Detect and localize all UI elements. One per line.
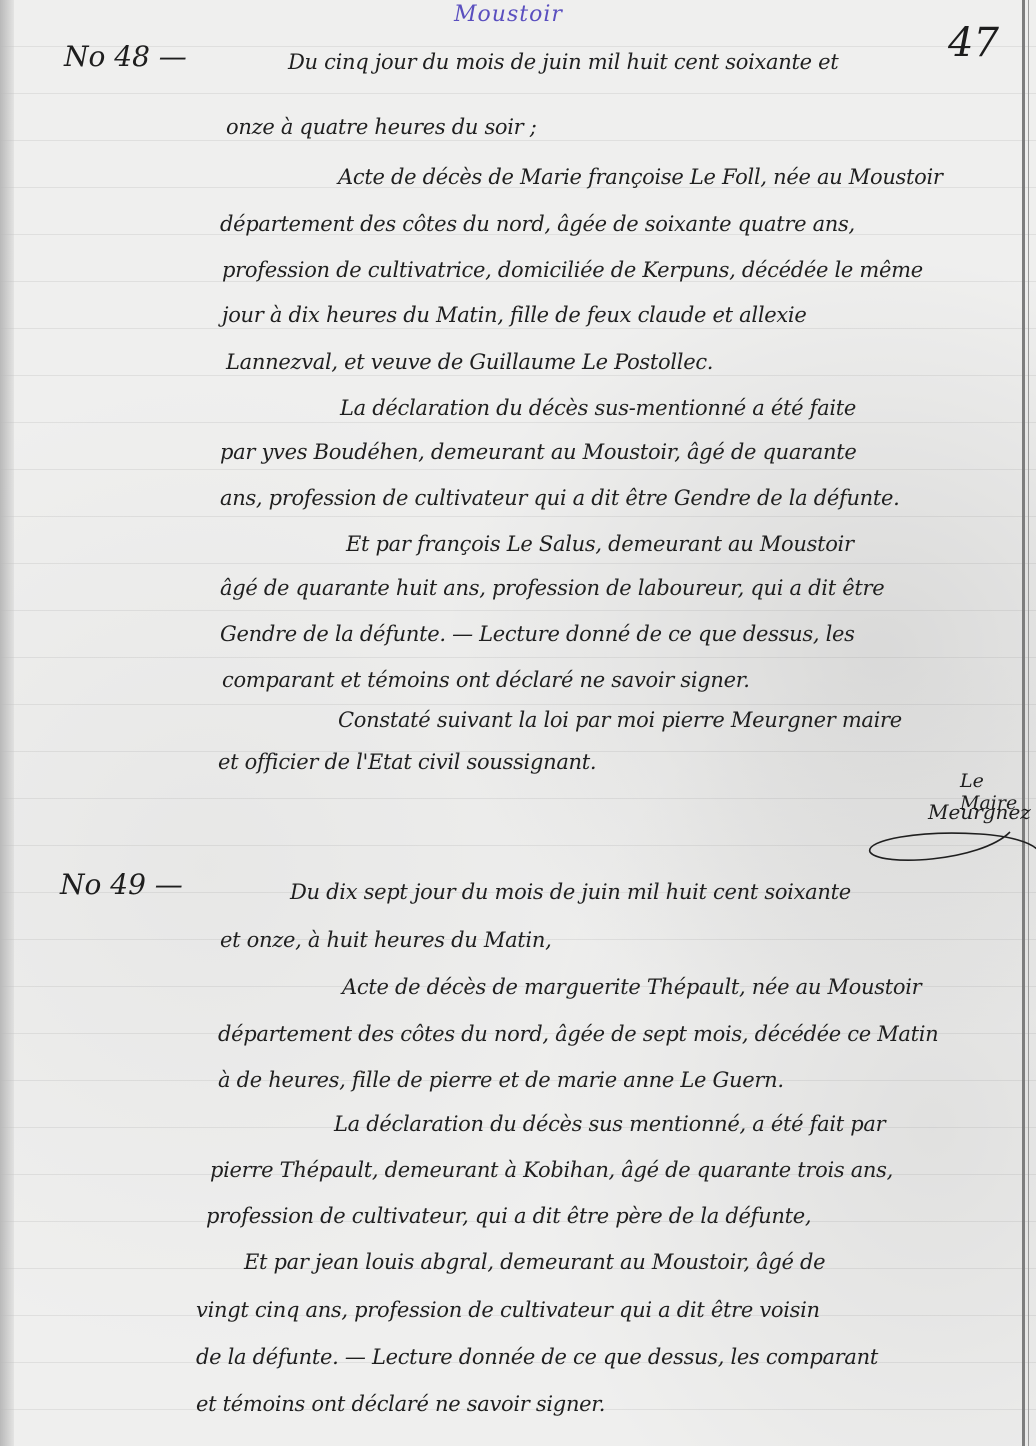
entry-48-line: Du cinq jour du mois de juin mil huit ce… — [288, 50, 838, 74]
entry-48-line: onze à quatre heures du soir ; — [226, 115, 537, 139]
entry-49-line: Et par jean louis abgral, demeurant au M… — [244, 1250, 825, 1274]
entry-48-line: Lannezval, et veuve de Guillaume Le Post… — [226, 350, 713, 374]
entry-48-line: jour à dix heures du Matin, fille de feu… — [222, 303, 806, 327]
entry-49-line: à de heures, fille de pierre et de marie… — [218, 1068, 784, 1092]
signature-flourish-icon — [860, 822, 1036, 872]
entry-49-line: de la défunte. — Lecture donnée de ce qu… — [196, 1345, 878, 1369]
entry-49-line: vingt cinq ans, profession de cultivateu… — [196, 1298, 820, 1322]
register-page: Moustoir 47 No 48 — Du cinq jour du mois… — [0, 0, 1036, 1446]
entry-48-line: comparant et témoins ont déclaré ne savo… — [222, 668, 750, 692]
entry-number-48: No 48 — — [64, 40, 187, 73]
entry-49-line: Acte de décès de marguerite Thépault, né… — [342, 975, 921, 999]
entry-48-line: et officier de l'Etat civil soussignant. — [218, 750, 596, 774]
entry-48-line: âgé de quarante huit ans, profession de … — [220, 576, 884, 600]
entry-number-49: No 49 — — [60, 868, 183, 901]
entry-48-line: Et par françois Le Salus, demeurant au M… — [346, 532, 854, 556]
page-binding-edge — [0, 0, 14, 1446]
page-number: 47 — [948, 20, 999, 66]
entry-49-line: Du dix sept jour du mois de juin mil hui… — [290, 880, 851, 904]
margin-rule — [1022, 0, 1025, 1446]
commune-annotation: Moustoir — [454, 2, 563, 27]
entry-49-line: et onze, à huit heures du Matin, — [220, 928, 551, 952]
entry-48-line: département des côtes du nord, âgée de s… — [220, 212, 855, 236]
mayor-signature: Meurgnez — [928, 800, 1031, 824]
entry-49-line: pierre Thépault, demeurant à Kobihan, âg… — [210, 1158, 893, 1182]
entry-48-line: ans, profession de cultivateur qui a dit… — [220, 486, 900, 510]
entry-48-line: Gendre de la défunte. — Lecture donné de… — [220, 622, 855, 646]
entry-48-line: Acte de décès de Marie françoise Le Foll… — [338, 165, 943, 189]
entry-48-line: La déclaration du décès sus-mentionné a … — [340, 396, 856, 420]
entry-49-line: et témoins ont déclaré ne savoir signer. — [196, 1392, 605, 1416]
entry-48-line: par yves Boudéhen, demeurant au Moustoir… — [220, 440, 857, 464]
entry-49-line: La déclaration du décès sus mentionné, a… — [334, 1112, 885, 1136]
margin-rule-secondary — [1028, 0, 1029, 1446]
entry-49-line: département des côtes du nord, âgée de s… — [218, 1022, 938, 1046]
entry-48-line: profession de cultivatrice, domiciliée d… — [222, 258, 923, 282]
entry-48-line: Constaté suivant la loi par moi pierre M… — [338, 708, 902, 732]
entry-49-line: profession de cultivateur, qui a dit êtr… — [206, 1204, 811, 1228]
